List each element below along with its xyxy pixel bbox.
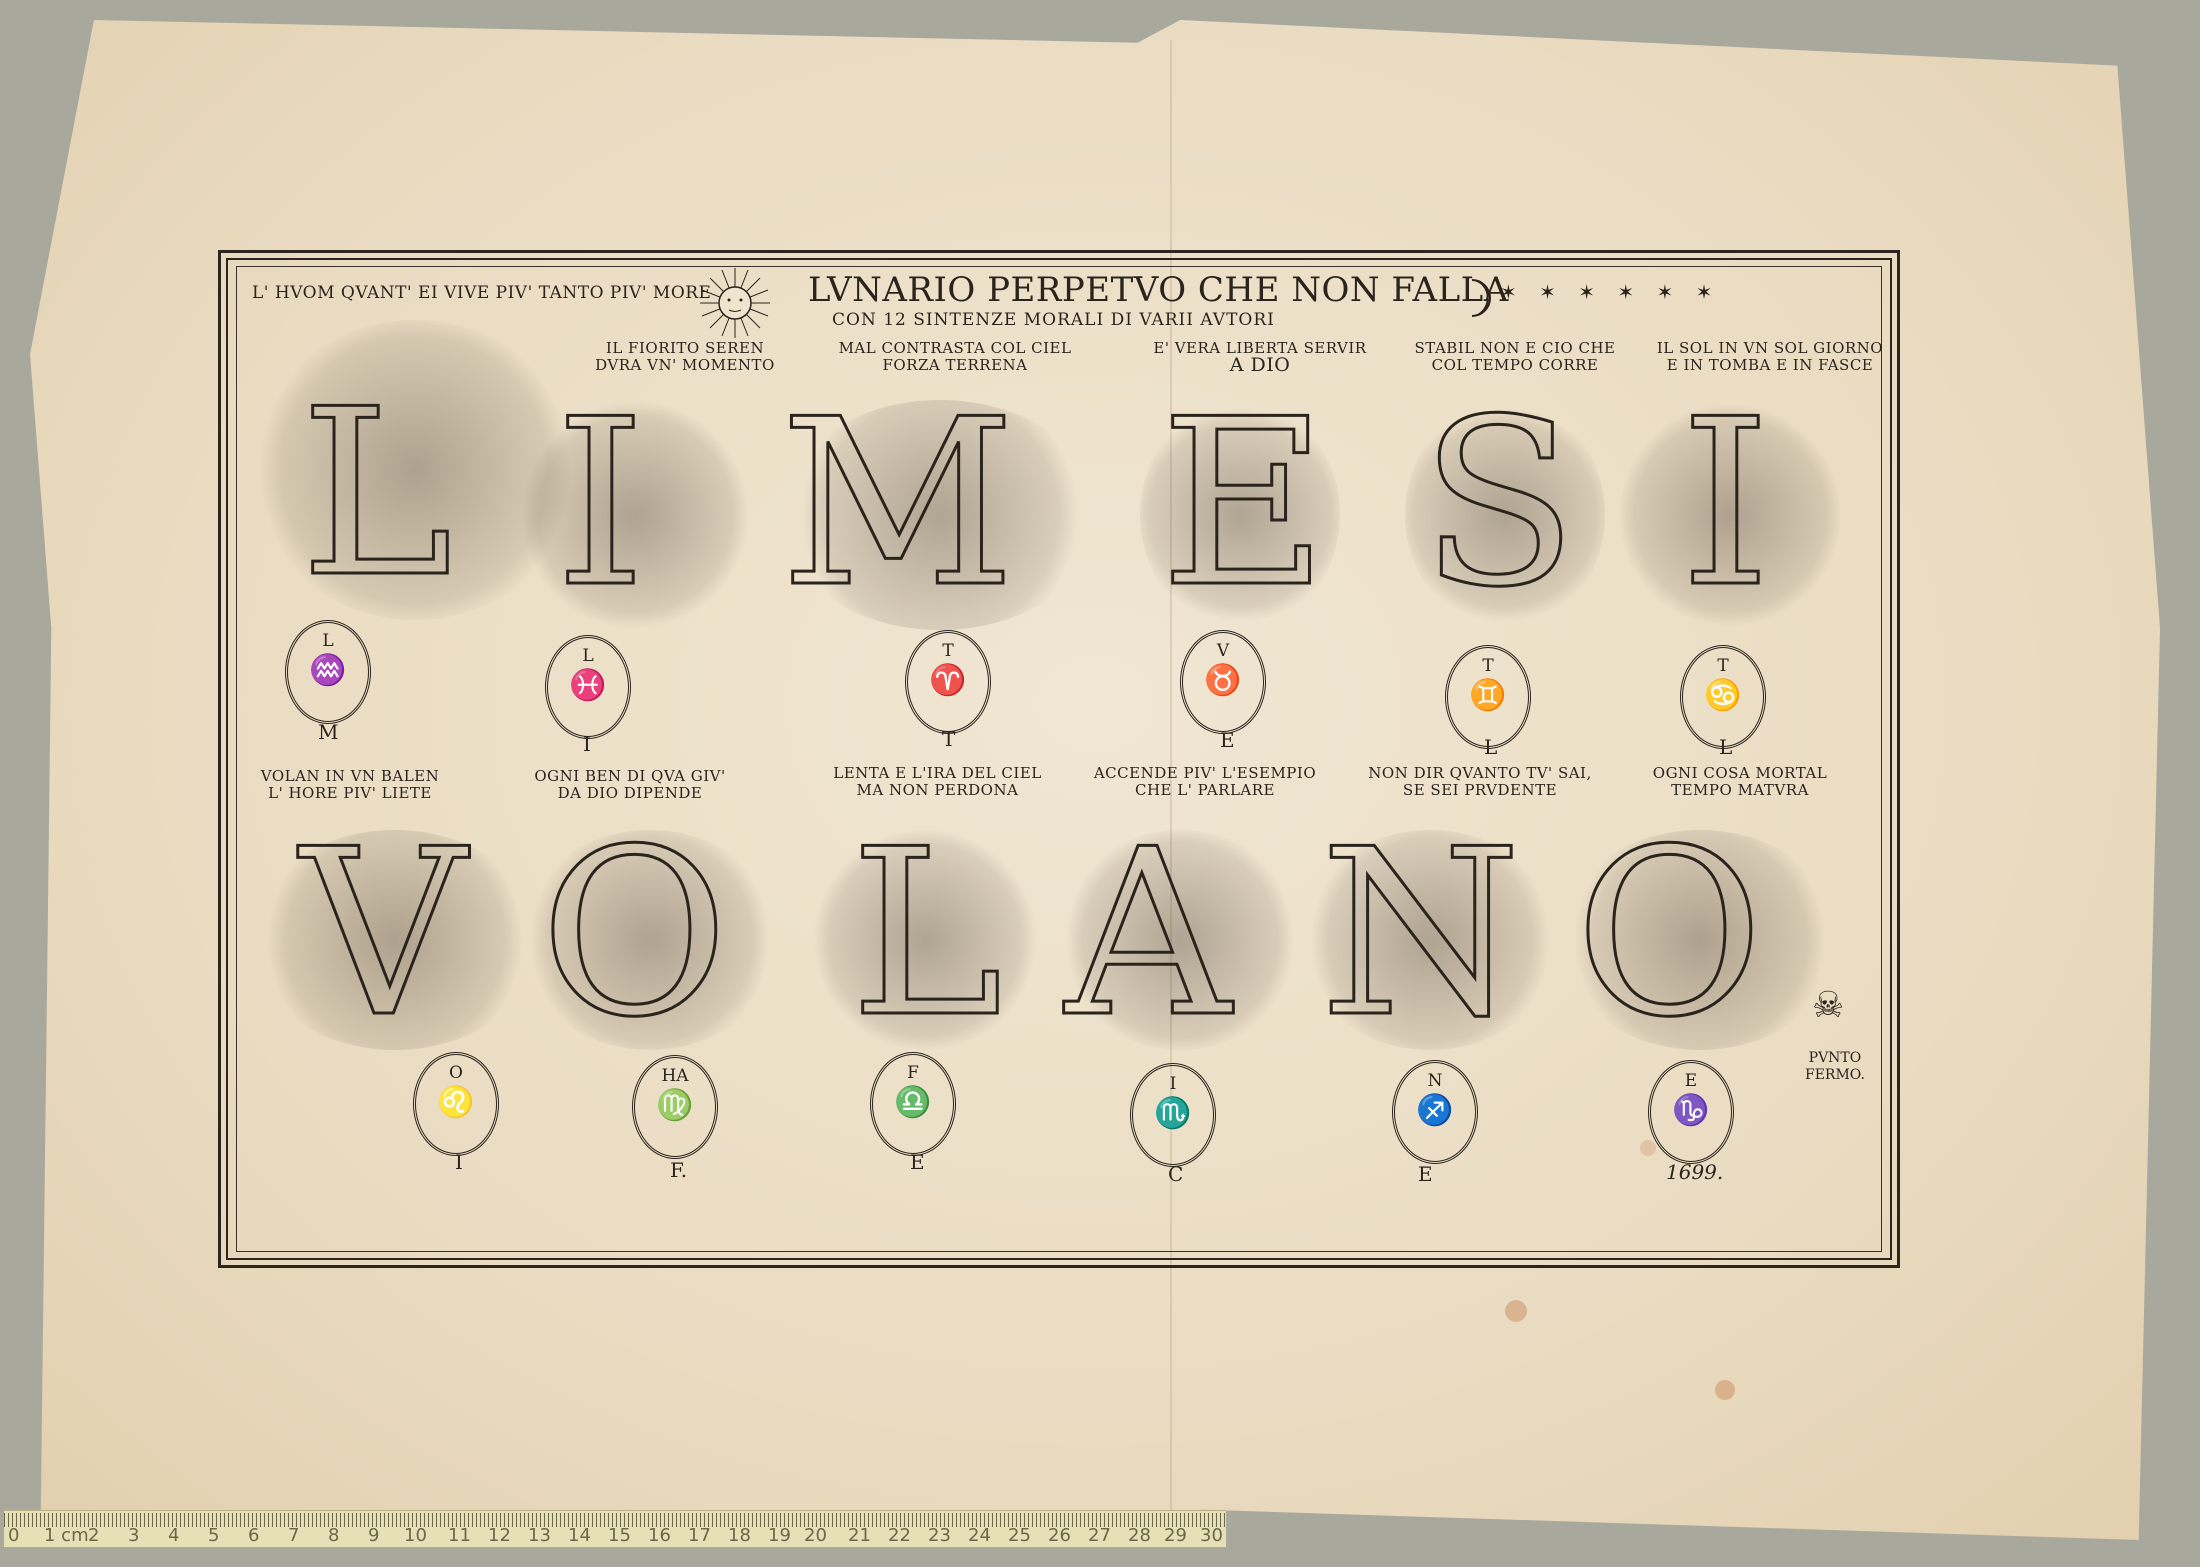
taurus-icon: ♉ xyxy=(1183,663,1263,698)
scorpio-icon: ♏ xyxy=(1133,1096,1213,1131)
motto: LENTA E L'IRA DEL CIELMA NON PERDONA xyxy=(815,765,1060,799)
big-letter: O xyxy=(540,820,729,1050)
medal-label: F. xyxy=(670,1158,687,1182)
big-letter: V xyxy=(300,820,466,1050)
big-letter: I xyxy=(555,390,646,620)
motto: MAL CONTRASTA COL CIELFORZA TERRENA xyxy=(830,340,1080,374)
aquarius-icon: ♒ xyxy=(288,653,368,688)
big-letter: L xyxy=(300,380,453,610)
zodiac-medal: T♊ xyxy=(1445,645,1531,749)
scale-ruler: 0 1 cm 2 3 4 5 6 7 8 9 10 11 12 13 14 15… xyxy=(4,1510,1226,1547)
aries-icon: ♈ xyxy=(908,663,988,698)
foxing-stain xyxy=(1505,1300,1527,1322)
big-letter: O xyxy=(1575,820,1764,1050)
zodiac-medal: HA♍ xyxy=(632,1055,718,1159)
big-letter: E xyxy=(1160,390,1328,620)
medal-label: I xyxy=(455,1150,463,1174)
zodiac-medal: N♐ xyxy=(1392,1060,1478,1164)
motto: OGNI COSA MORTALTEMPO MATVRA xyxy=(1615,765,1865,799)
zodiac-medal: T♋ xyxy=(1680,645,1766,749)
motto: NON DIR QVANTO TV' SAI,SE SEI PRVDENTE xyxy=(1345,765,1615,799)
zodiac-medal: O♌ xyxy=(413,1052,499,1156)
motto: IL FIORITO SERENDVRA VN' MOMENTO xyxy=(585,340,785,374)
motto: IL SOL IN VN SOL GIORNOE IN TOMBA E IN F… xyxy=(1655,340,1885,374)
medal-label: C xyxy=(1168,1162,1183,1186)
zodiac-medal: I♏ xyxy=(1130,1063,1216,1167)
big-letter: M xyxy=(780,390,1016,620)
big-letter: I xyxy=(1680,390,1771,620)
leo-icon: ♌ xyxy=(416,1085,496,1120)
motto: OGNI BEN DI QVA GIV'DA DIO DIPENDE xyxy=(510,768,750,802)
sagittarius-icon: ♐ xyxy=(1395,1093,1475,1128)
gemini-icon: ♊ xyxy=(1448,678,1528,713)
top-motto: L' HVOM QVANT' EI VIVE PIV' TANTO PIV' M… xyxy=(252,283,711,303)
zodiac-medal: F♎ xyxy=(870,1052,956,1156)
medal-label: I xyxy=(583,732,591,756)
zodiac-medal: L♓ xyxy=(545,635,631,739)
punto-fermo-label: PVNTOFERMO. xyxy=(1805,1050,1865,1084)
plate-subtitle: CON 12 SINTENZE MORALI DI VARII AVTORI xyxy=(832,310,1275,330)
skull-and-crossbones-icon: ☠ xyxy=(1812,985,1844,1026)
virgo-icon: ♍ xyxy=(635,1088,715,1123)
libra-icon: ♎ xyxy=(873,1085,953,1120)
engraving-year: 1699. xyxy=(1666,1160,1723,1184)
medal-label: E xyxy=(1220,728,1235,752)
motto: E' VERA LIBERTA SERVIRA DIO xyxy=(1145,340,1375,374)
plate-title: LVNARIO PERPETVO CHE NON FALLA xyxy=(808,270,1509,310)
big-letter: N xyxy=(1320,820,1521,1050)
motto: STABIL NON E CIO CHECOL TEMPO CORRE xyxy=(1405,340,1625,374)
crescent-moon-icon xyxy=(1462,278,1492,318)
big-letter: S xyxy=(1420,390,1578,620)
medal-label: L xyxy=(1719,735,1732,759)
sun-face-icon xyxy=(700,268,770,338)
foxing-stain xyxy=(1715,1380,1735,1400)
motto: ACCENDE PIV' L'ESEMPIOCHE L' PARLARE xyxy=(1085,765,1325,799)
pisces-icon: ♓ xyxy=(548,668,628,703)
zodiac-medal: L♒ xyxy=(285,620,371,724)
cancer-icon: ♋ xyxy=(1683,678,1763,713)
medal-label: T xyxy=(942,727,955,751)
zodiac-medal: T♈ xyxy=(905,630,991,734)
capricorn-icon: ♑ xyxy=(1651,1093,1731,1128)
medal-label: E xyxy=(910,1150,925,1174)
big-letter: L xyxy=(850,820,1003,1050)
big-letter: A xyxy=(1065,820,1231,1050)
zodiac-medal: V♉ xyxy=(1180,630,1266,734)
medal-label: M xyxy=(318,720,338,744)
stars-icon: ✶ ✶ ✶ ✶ ✶ ✶ xyxy=(1500,280,1720,304)
medal-label: L xyxy=(1484,735,1497,759)
zodiac-medal: E♑ xyxy=(1648,1060,1734,1164)
motto: VOLAN IN VN BALENL' HORE PIV' LIETE xyxy=(250,768,450,802)
medal-label: E xyxy=(1418,1162,1433,1186)
